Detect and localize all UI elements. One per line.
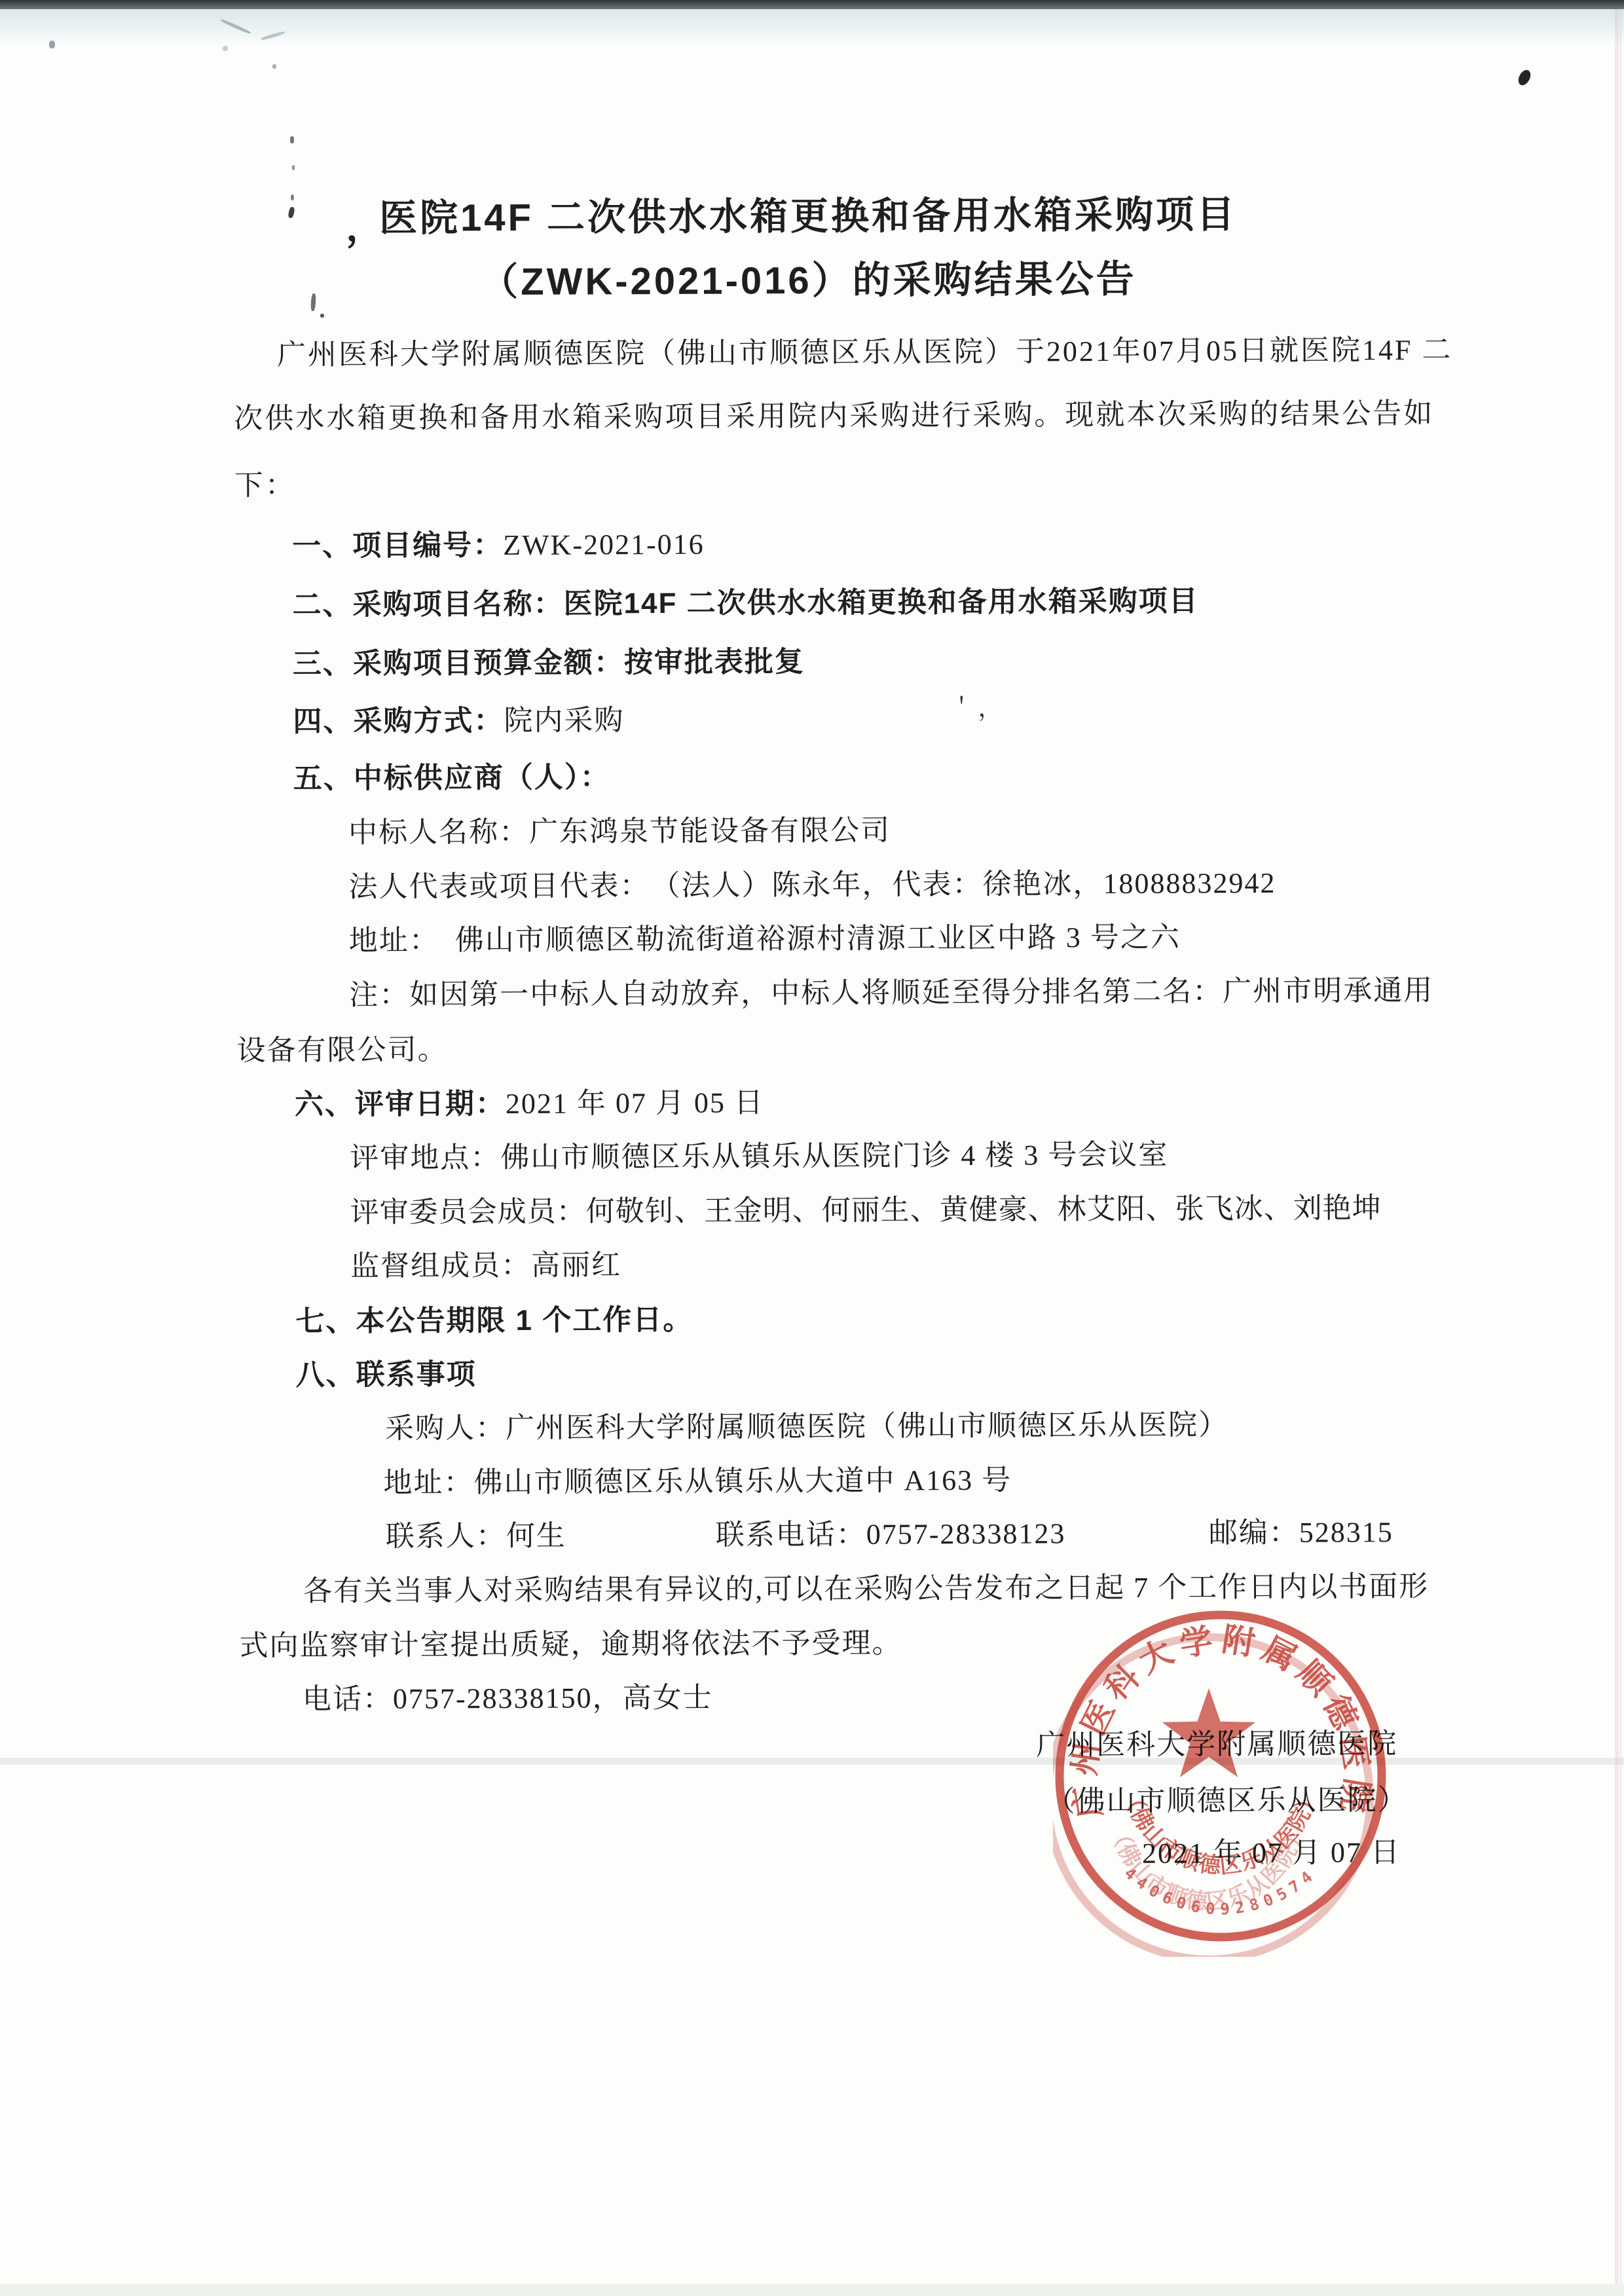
- item-method-label: 四、采购方式：: [293, 705, 504, 737]
- item-project-name-label: 二、采购项目名称：: [292, 588, 563, 621]
- item-project-number-value: ZWK-2021-016: [503, 528, 705, 561]
- item-project-name-value: 医院14F 二次供水水箱更换和备用水箱采购项目: [563, 585, 1198, 620]
- item-notice-period: 七、本公告期限 1 个工作日。: [295, 1304, 693, 1339]
- document-title-line2: （ZWK-2021-016）的采购结果公告: [480, 258, 1137, 305]
- intro-paragraph-line3: 下：: [234, 469, 296, 502]
- official-red-stamp: 广州医科大学附属顺德医院 （佛山市顺德区乐从医院） （佛山市顺德区乐从医院） 4…: [1053, 1610, 1393, 1957]
- winner-address-line: 地址： 佛山市顺德区勒流街道裕源村清源工业区中路 3 号之六: [349, 921, 1181, 958]
- item-contact-heading: 八、联系事项: [296, 1358, 477, 1392]
- item-project-name: 二、采购项目名称：医院14F 二次供水水箱更换和备用水箱采购项目: [292, 585, 1198, 622]
- objection-line2: 式向监察审计室提出质疑，逾期将依法不予受理。: [239, 1627, 902, 1663]
- item-winner-heading: 五、中标供应商（人）：: [293, 761, 610, 796]
- item-method: 四、采购方式：院内采购: [293, 704, 624, 739]
- item-project-number-label: 一、项目编号：: [292, 529, 503, 562]
- item-project-number: 一、项目编号：ZWK-2021-016: [292, 528, 705, 563]
- item-review-date-value: 2021 年 07 月 05 日: [506, 1086, 764, 1120]
- review-place-line: 评审地点：佛山市顺德区乐从镇乐从医院门诊 4 楼 3 号会议室: [350, 1139, 1168, 1176]
- supervisor-line: 监督组成员：高丽红: [350, 1249, 621, 1283]
- item-budget-value: 按审批表批复: [624, 646, 805, 678]
- review-committee-line: 评审委员会成员：何敬钊、王金明、何丽生、黄健豪、林艾阳、张飞冰、刘艳坤: [350, 1192, 1382, 1229]
- phone-line: 电话：0757-28338150，高女士: [303, 1682, 713, 1716]
- legal-representative-line: 法人代表或项目代表： （法人）陈永年，代表：徐艳冰，18088832942: [348, 867, 1276, 904]
- postal-code: 邮编：528315: [1209, 1516, 1393, 1550]
- item-review-date-label: 六、评审日期：: [295, 1088, 506, 1120]
- intro-paragraph-line1: 广州医科大学附属顺德医院（佛山市顺德区乐从医院）于2021年07月05日就医院1…: [277, 334, 1453, 372]
- scanned-document-page: ， 医院14F 二次供水水箱更换和备用水箱采购项目 （ZWK-2021-016）…: [0, 0, 1624, 2296]
- intro-paragraph-line2: 次供水水箱更换和备用水箱采购项目采用院内采购进行采购。现就本次采购的结果公告如: [234, 398, 1434, 436]
- contact-phone: 联系电话：0757-28338123: [716, 1517, 1066, 1552]
- stamp-star-icon: [1162, 1688, 1256, 1777]
- item-budget-label: 三、采购项目预算金额：: [293, 646, 624, 680]
- winner-name-line: 中标人名称：广东鸿泉节能设备有限公司: [348, 814, 891, 849]
- objection-line1: 各有关当事人对采购结果有异议的,可以在采购公告发布之日起 7 个工作日内以书面形: [303, 1570, 1429, 1608]
- buyer-line: 采购人：广州医科大学附属顺德医院（佛山市顺德区乐从医院）: [385, 1409, 1228, 1445]
- document-title-line1: 医院14F 二次供水水箱更换和备用水箱采购项目: [379, 193, 1237, 240]
- item-review-date: 六、评审日期：2021 年 07 月 05 日: [295, 1086, 764, 1122]
- note-line1: 注：如因第一中标人自动放弃，中标人将顺延至得分排名第二名：广州市明承通用: [349, 974, 1433, 1012]
- stray-tick-mark: ＇，: [949, 695, 1006, 724]
- note-line2: 设备有限公司。: [236, 1033, 447, 1067]
- buyer-address-line: 地址：佛山市顺德区乐从镇乐从大道中 A163 号: [383, 1464, 1012, 1500]
- contact-person: 联系人：何生: [386, 1520, 566, 1554]
- stamp-ring-text: 广州医科大学附属顺德医院: [1065, 1621, 1376, 1821]
- item-method-value: 院内采购: [504, 704, 624, 737]
- item-budget: 三、采购项目预算金额：按审批表批复: [293, 646, 805, 681]
